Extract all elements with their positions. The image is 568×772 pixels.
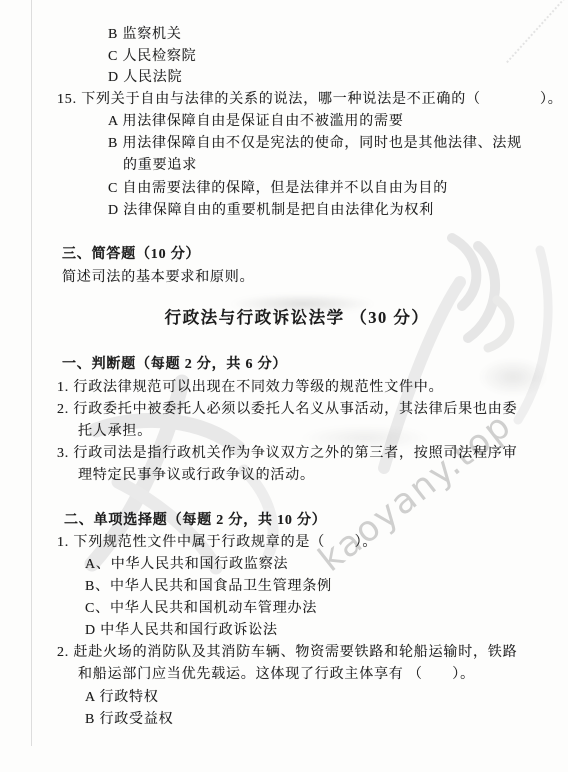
section-3-heading: 三、简答题（10 分）	[62, 247, 200, 263]
judge-q3: 3. 行政司法是指行政机关作为争议双方之外的第三者，按照司法程序审	[57, 446, 517, 462]
choice-q2-option-b: B 行政受益权	[85, 712, 173, 728]
option-line-b: B 监察机关	[108, 27, 182, 43]
section-1-heading: 一、判断题（每题 2 分，共 6 分）	[62, 357, 287, 373]
choice-q1-stem: 1. 下列规范性文件中属于行政规章的是（ ）。	[57, 535, 377, 551]
judge-q2-wrap: 托人承担。	[78, 424, 152, 440]
judge-q2: 2. 行政委托中被委托人必须以委托人名义从事活动，其法律后果也由委	[57, 402, 517, 418]
question-15-option-a: A 用法律保障自由是保证自由不被滥用的需要	[108, 114, 404, 130]
section-3-question: 简述司法的基本要求和原则。	[62, 270, 254, 286]
question-15-option-b-wrap: 的重要追求	[123, 158, 197, 174]
option-line-c: C 人民检察院	[108, 49, 196, 65]
choice-q1-option-b: B、中华人民共和国食品卫生管理条例	[85, 579, 332, 595]
question-15-option-b: B 用法律保障自由不仅是宪法的使命，同时也是其他法律、法规	[108, 136, 522, 152]
choice-q1-option-d: D 中华人民共和国行政诉讼法	[85, 623, 278, 639]
paper-section-title: 行政法与行政诉讼法学 （30 分）	[13, 310, 568, 326]
exam-text: B 监察机关 C 人民检察院 D 人民法院 15. 下列关于自由与法律的关系的说…	[0, 0, 568, 772]
section-2-heading: 二、单项选择题（每题 2 分，共 10 分）	[64, 513, 327, 529]
choice-q1-option-a: A、中华人民共和国行政监察法	[85, 557, 288, 573]
choice-q1-option-c: C、中华人民共和国机动车管理办法	[85, 601, 317, 617]
choice-q2-option-a: A 行政特权	[85, 690, 159, 706]
question-15-option-d: D 法律保障自由的重要机制是把自由法律化为权利	[108, 203, 434, 219]
question-15-option-c: C 自由需要法律的保障，但是法律并不以自由为目的	[108, 181, 448, 197]
option-line-d: D 人民法院	[108, 70, 182, 86]
choice-q2-stem-wrap: 和船运部门应当优先载运。这体现了行政主体享有 （ ）。	[78, 667, 475, 683]
judge-q1: 1. 行政法律规范可以出现在不同效力等级的规范性文件中。	[57, 380, 443, 396]
question-15-stem: 15. 下列关于自由与法律的关系的说法，哪一种说法是不正确的（ ）。	[57, 92, 563, 108]
choice-q2-stem: 2. 赶赴火场的消防队及其消防车辆、物资需要铁路和轮船运输时，铁路	[57, 645, 517, 661]
scanned-exam-page: kaoyany.top B 监察机关 C 人民检察院 D 人民法院 15. 下列…	[0, 0, 568, 772]
judge-q3-wrap: 理特定民事争议或行政争议的活动。	[78, 468, 315, 484]
